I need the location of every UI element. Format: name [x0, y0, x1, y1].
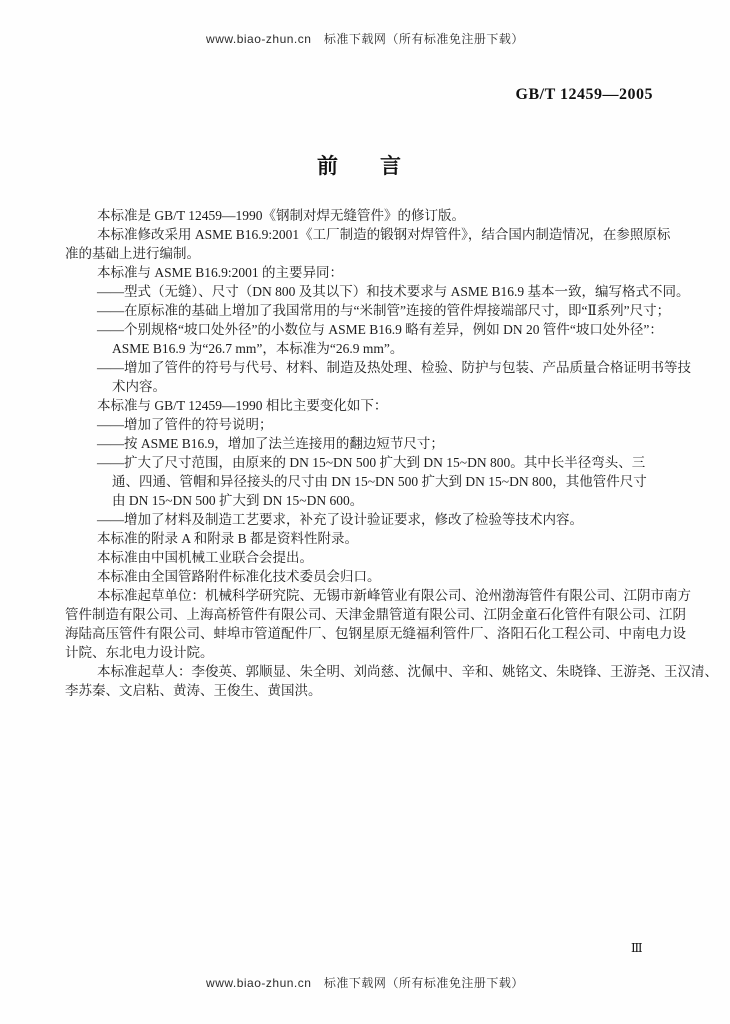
body-line: ASME B16.9 为“26.7 mm”，本标准为“26.9 mm”。	[65, 339, 657, 358]
body-line: 术内容。	[65, 377, 657, 396]
body-line: ——型式（无缝）、尺寸（DN 800 及其以下）和技术要求与 ASME B16.…	[65, 282, 657, 301]
body-line: 海陆高压管件有限公司、蚌埠市管道配件厂、包钢星原无缝福利管件厂、洛阳石化工程公司…	[65, 624, 657, 643]
body-line: 本标准起草人：李俊英、郭顺显、朱全明、刘尚慈、沈佩中、辛和、姚铭文、朱晓锋、王游…	[65, 662, 657, 681]
foreword-title: 前 言	[65, 150, 653, 180]
body-line: 本标准由中国机械工业联合会提出。	[65, 548, 657, 567]
body-line: 本标准的附录 A 和附录 B 都是资料性附录。	[65, 529, 657, 548]
body-line: 本标准是 GB/T 12459—1990《钢制对焊无缝管件》的修订版。	[65, 206, 657, 225]
body-line: 本标准与 ASME B16.9:2001 的主要异同：	[65, 263, 657, 282]
body-line: 本标准与 GB/T 12459—1990 相比主要变化如下：	[65, 396, 657, 415]
standard-code: GB/T 12459—2005	[516, 86, 653, 104]
body-line: ——在原标准的基础上增加了我国常用的与“米制管”连接的管件焊接端部尺寸，即“Ⅱ系…	[65, 301, 657, 320]
body-line: 本标准修改采用 ASME B16.9:2001《工厂制造的锻钢对焊管件》，结合国…	[65, 225, 657, 244]
document-page: www.biao-zhun.cn 标准下载网（所有标准免注册下载） GB/T 1…	[0, 0, 730, 1024]
foreword-body: 本标准是 GB/T 12459—1990《钢制对焊无缝管件》的修订版。本标准修改…	[65, 206, 657, 700]
watermark-header: www.biao-zhun.cn 标准下载网（所有标准免注册下载）	[0, 30, 730, 47]
body-line: 准的基础上进行编制。	[65, 244, 657, 263]
watermark-footer: www.biao-zhun.cn 标准下载网（所有标准免注册下载）	[0, 974, 730, 991]
body-line: 管件制造有限公司、上海高桥管件有限公司、天津金鼎管道有限公司、江阴金童石化管件有…	[65, 605, 657, 624]
body-line: 李苏秦、文启粘、黄涛、王俊生、黄国洪。	[65, 681, 657, 700]
body-line: 本标准由全国管路附件标准化技术委员会归口。	[65, 567, 657, 586]
body-line: ——增加了材料及制造工艺要求，补充了设计验证要求，修改了检验等技术内容。	[65, 510, 657, 529]
body-line: ——增加了管件的符号与代号、材料、制造及热处理、检验、防护与包装、产品质量合格证…	[65, 358, 657, 377]
body-line: ——按 ASME B16.9，增加了法兰连接用的翻边短节尺寸；	[65, 434, 657, 453]
body-line: ——个别规格“坡口处外径”的小数位与 ASME B16.9 略有差异，例如 DN…	[65, 320, 657, 339]
page-number: Ⅲ	[631, 941, 643, 956]
body-line: 计院、东北电力设计院。	[65, 643, 657, 662]
body-line: 本标准起草单位：机械科学研究院、无锡市新峰管业有限公司、沧州渤海管件有限公司、江…	[65, 586, 657, 605]
body-line: 通、四通、管帽和异径接头的尺寸由 DN 15~DN 500 扩大到 DN 15~…	[65, 472, 657, 491]
body-line: ——扩大了尺寸范围，由原来的 DN 15~DN 500 扩大到 DN 15~DN…	[65, 453, 657, 472]
body-line: 由 DN 15~DN 500 扩大到 DN 15~DN 600。	[65, 491, 657, 510]
body-line: ——增加了管件的符号说明；	[65, 415, 657, 434]
